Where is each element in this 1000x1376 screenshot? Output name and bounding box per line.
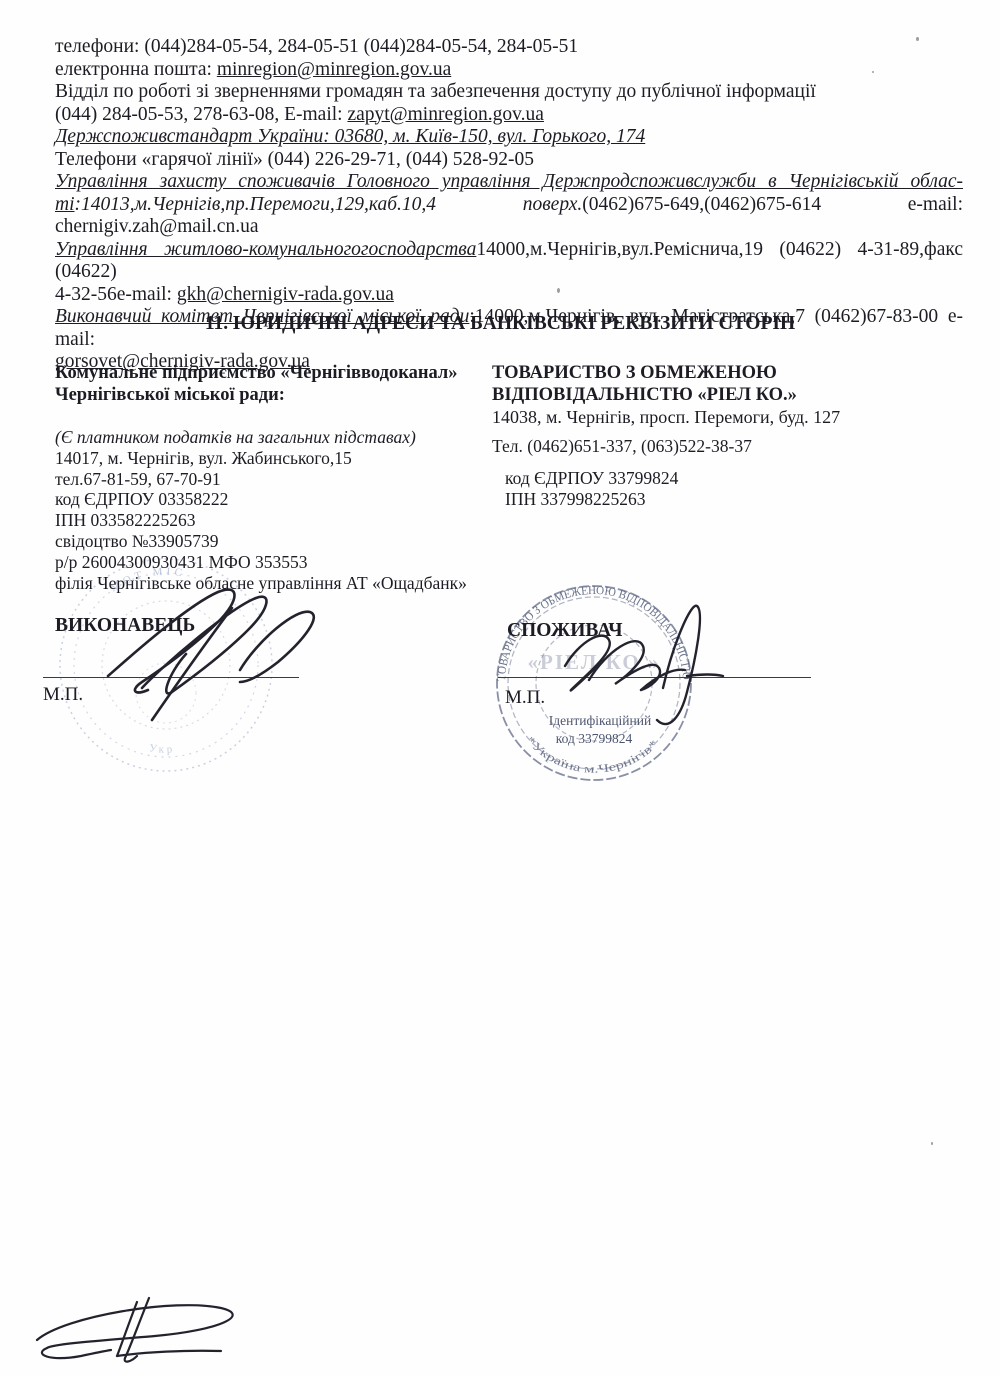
executor-signature-line	[43, 677, 299, 678]
gkh-prefix: 4-32-56e-mail:	[55, 284, 177, 305]
executor-signature	[90, 578, 330, 728]
cp-hyphen-tail: ті	[55, 194, 75, 215]
executor-certificate: свідоцтво №33905739	[55, 531, 487, 552]
gkh-link: gkh@chernigiv-rada.gov.ua	[177, 284, 394, 305]
document-page: телефони: (044)284-05-54, 284-05-51 (044…	[0, 0, 1000, 1376]
executor-tax-note: (Є платником податків на загальних підст…	[55, 427, 487, 448]
phones-line: телефони: (044)284-05-54, 284-05-51 (044…	[55, 36, 963, 59]
svg-text:*Україна м.Чернігів*: *Україна м.Чернігів*	[524, 734, 661, 775]
executor-details: Комунальне підприємство «Чернігівводокан…	[55, 362, 487, 593]
executor-requisites: (Є платником податків на загальних підст…	[55, 427, 487, 593]
consumer-signature	[545, 592, 730, 742]
consumer-stamp: ТОВАРИСТВО З ОБМЕЖЕНОЮ ВІДПОВІДАЛЬНІСТЮ …	[488, 577, 700, 789]
consumer-ids: код ЄДРПОУ 33799824 ІПН 337998225263	[492, 468, 962, 510]
consumer-signature-label: СПОЖИВАЧ	[507, 620, 623, 642]
consumer-name-line1: ТОВАРИСТВО З ОБМЕЖЕНОЮ	[492, 362, 962, 384]
housing-dept-name: Управління житлово-комунальногогосподарс…	[55, 239, 476, 260]
housing-dept-line1: Управління житлово-комунальногогосподарс…	[55, 239, 963, 284]
bottom-scribble	[25, 1288, 270, 1368]
consumer-edrpou: код ЄДРПОУ 33799824	[505, 468, 962, 489]
email-label: електронна пошта:	[55, 59, 217, 80]
consumer-stamp-id-line2: код 33799824	[556, 731, 633, 746]
email-line: електронна пошта: minregion@minregion.go…	[55, 59, 963, 82]
zapyt-label: (044) 284-05-53, 278-63-08, E-mail:	[55, 104, 347, 125]
executor-edrpou: код ЄДРПОУ 03358222	[55, 489, 487, 510]
consumer-phone: Тел. (0462)651-337, (063)522-38-37	[492, 436, 962, 457]
hotline-line: Телефони «гарячої лінії» (044) 226-29-71…	[55, 149, 963, 172]
consumer-stamp-bottom-text: *Україна м.Чернігів*	[524, 734, 661, 775]
executor-seal-place: М.П.	[43, 684, 83, 706]
consumer-name-line2: ВІДПОВІДАЛЬНІСТЮ «РІЕЛ КО.»	[492, 384, 962, 406]
consumer-details: ТОВАРИСТВО З ОБМЕЖЕНОЮ ВІДПОВІДАЛЬНІСТЮ …	[492, 362, 962, 510]
svg-text:Укр: Укр	[148, 742, 175, 756]
cp-address: :14013,м.Чернігів,пр.Перемоги,129,каб.10…	[75, 194, 583, 215]
derzhspozhyv-line: Держспоживстандарт України: 03680, м. Ки…	[55, 126, 963, 149]
zapyt-line: (044) 284-05-53, 278-63-08, E-mail: zapy…	[55, 104, 963, 127]
consumer-stamp-id-line1: Ідентифікаційний	[549, 713, 651, 728]
executor-account: р/р 26004300930431 МФО 353553	[55, 552, 487, 573]
email-link: minregion@minregion.gov.ua	[217, 59, 451, 80]
executor-ipn: ІПН 033582225263	[55, 510, 487, 531]
executor-phone: тел.67-81-59, 67-70-91	[55, 469, 487, 490]
scan-speck	[931, 1142, 933, 1145]
executor-name-line2: Чернігівської міської ради:	[55, 384, 487, 406]
consumer-stamp-company-name: «РІЕЛ КО.»	[528, 650, 661, 674]
executor-signature-label: ВИКОНАВЕЦЬ	[55, 615, 195, 637]
housing-dept-line2: 4-32-56e-mail: gkh@chernigiv-rada.gov.ua	[55, 284, 963, 307]
consumer-protection-line1: Управління захисту споживачів Головного …	[55, 171, 963, 194]
executor-name-line1: Комунальне підприємство «Чернігівводокан…	[55, 362, 487, 384]
section-title: 11. ЮРИДИЧНІ АДРЕСИ ТА БАНКІВСЬКІ РЕКВІЗ…	[0, 313, 1000, 335]
executor-stamp-bottom-fragment: Укр	[148, 742, 175, 756]
consumer-seal-place: М.П.	[505, 687, 545, 709]
department-line: Відділ по роботі зі зверненнями громадян…	[55, 81, 963, 104]
executor-bank: філія Чернігівське обласне управління АТ…	[55, 573, 487, 594]
consumer-ipn: ІПН 337998225263	[505, 489, 962, 510]
consumer-protection-line2: ті:14013,м.Чернігів,пр.Перемоги,129,каб.…	[55, 194, 963, 239]
consumer-signature-line	[498, 677, 811, 678]
consumer-address: 14038, м. Чернігів, просп. Перемоги, буд…	[492, 406, 962, 428]
zapyt-link: zapyt@minregion.gov.ua	[347, 104, 543, 125]
executor-address: 14017, м. Чернігів, вул. Жабинського,15	[55, 448, 487, 469]
